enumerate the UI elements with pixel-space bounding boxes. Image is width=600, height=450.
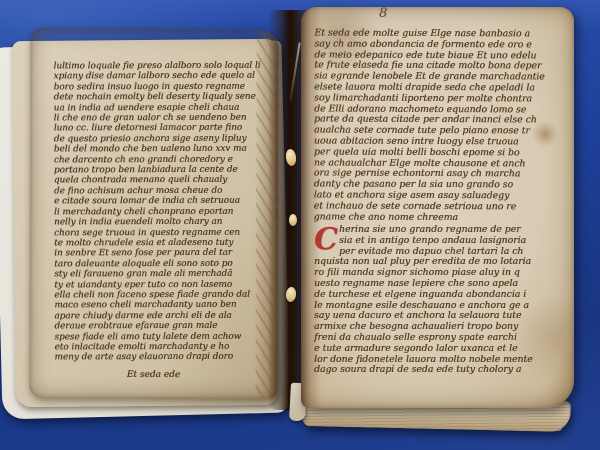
left-page: lultimo loquale fie preso alalboro solo …: [29, 29, 278, 399]
left-page-text: lultimo loquale fie preso alalboro solo …: [53, 61, 270, 364]
right-page-text-paragraph-1: Et seda ede molte guise Elge nase banbas…: [314, 28, 565, 223]
sewing-thread-knot: [289, 214, 297, 226]
manuscript-line: che darcento ch eno grandi choredory e: [54, 154, 270, 165]
manuscript-line: portano tropo ben lanbiadura la cente de: [54, 165, 270, 176]
manuscript-line: ty et uiandanty eper tuto co non lasemo: [54, 279, 270, 290]
manuscript-line: lultimo loquale fie preso alalboro solo …: [53, 61, 269, 72]
manuscript-line: deraue erobtraue efaraue gran male: [54, 321, 270, 332]
manuscript-line: quela chontrada menano queli chaualy: [54, 175, 270, 186]
manuscript-line: dete nochain emolty beli deserty liqualy…: [54, 92, 270, 103]
manuscript-photo: lultimo loquale fie preso alalboro solo …: [0, 0, 600, 450]
manuscript-line: sty eli faraueno gran male ali merchadã: [54, 269, 270, 280]
manuscript-line: boro sedira insuo luogo in questo regnam…: [54, 81, 270, 92]
right-page: 8 Et seda ede molte guise Elge nase banb…: [301, 7, 574, 408]
manuscript-line: nelly in india euendeli molto chary an: [54, 217, 270, 228]
manuscript-line: luno cc. liure detornesi lamacor parte f…: [54, 123, 270, 134]
manuscript-line: xpiany dise damar lalboro secho ede quel…: [54, 71, 270, 82]
catchword: Et seda ede: [29, 370, 277, 381]
manuscript-line: maco eseno cheli marchadanty uano ben: [54, 300, 270, 311]
manuscript-line: eto inlacitade emolti marchadanty e ho: [54, 342, 270, 353]
manuscript-line: de turchese et elgene inguanda abondanci…: [314, 290, 564, 301]
manuscript-line: li merchadanty cheli chonprano eportan: [54, 206, 270, 217]
manuscript-line: de fino achisum achur mosa cheue do: [54, 186, 270, 197]
manuscript-line: spese fiade eli amo tuty lalete dem acho…: [54, 331, 270, 342]
manuscript-line: meny de arte asay elauorano drapi doro: [54, 352, 270, 363]
manuscript-line: sia et in antigo tenpo andaua lasignoria: [314, 236, 564, 247]
manuscript-line: beli del mondo che ben ualeno luno xxv m…: [54, 144, 270, 155]
manuscript-line: chora sege truoua in questo regname cen: [54, 227, 270, 238]
right-page-text-paragraph-2: herina sie uno grando regname de persia …: [314, 225, 564, 376]
manuscript-line: gname che ano nome chreema: [314, 212, 564, 224]
manuscript-line: taro daleuante aloquale eli sono soto po: [54, 258, 270, 269]
manuscript-line: ella cheli non faceno spese fiade grando…: [54, 290, 270, 301]
manuscript-line: apare chiudy darme ede archi eli de ala: [54, 310, 270, 321]
manuscript-line: de questo priesio anchora sige aseny lip…: [54, 133, 270, 144]
manuscript-line: dago soura drapi de seda ede tuty cholor…: [314, 365, 564, 376]
manuscript-line: ua in india ad uendere esapie cheli chau…: [54, 102, 270, 113]
manuscript-line: e tute armadure segondo lalor uxanca et …: [314, 344, 564, 355]
folio-number: 8: [379, 6, 387, 21]
rubricated-initial: C: [314, 226, 338, 254]
right-page-paragraph-2: C herina sie uno grando regname de persi…: [314, 225, 564, 376]
manuscript-line: in senbre Et seno fose per paura del tar: [54, 248, 270, 259]
manuscript-line: li che eno de gran ualor ch se uendeno b…: [54, 113, 270, 124]
manuscript-line: e citade soura lomar de india ch setruou…: [54, 196, 270, 207]
manuscript-line: te molto chrudele esia et aladeseno tuty: [54, 238, 270, 249]
